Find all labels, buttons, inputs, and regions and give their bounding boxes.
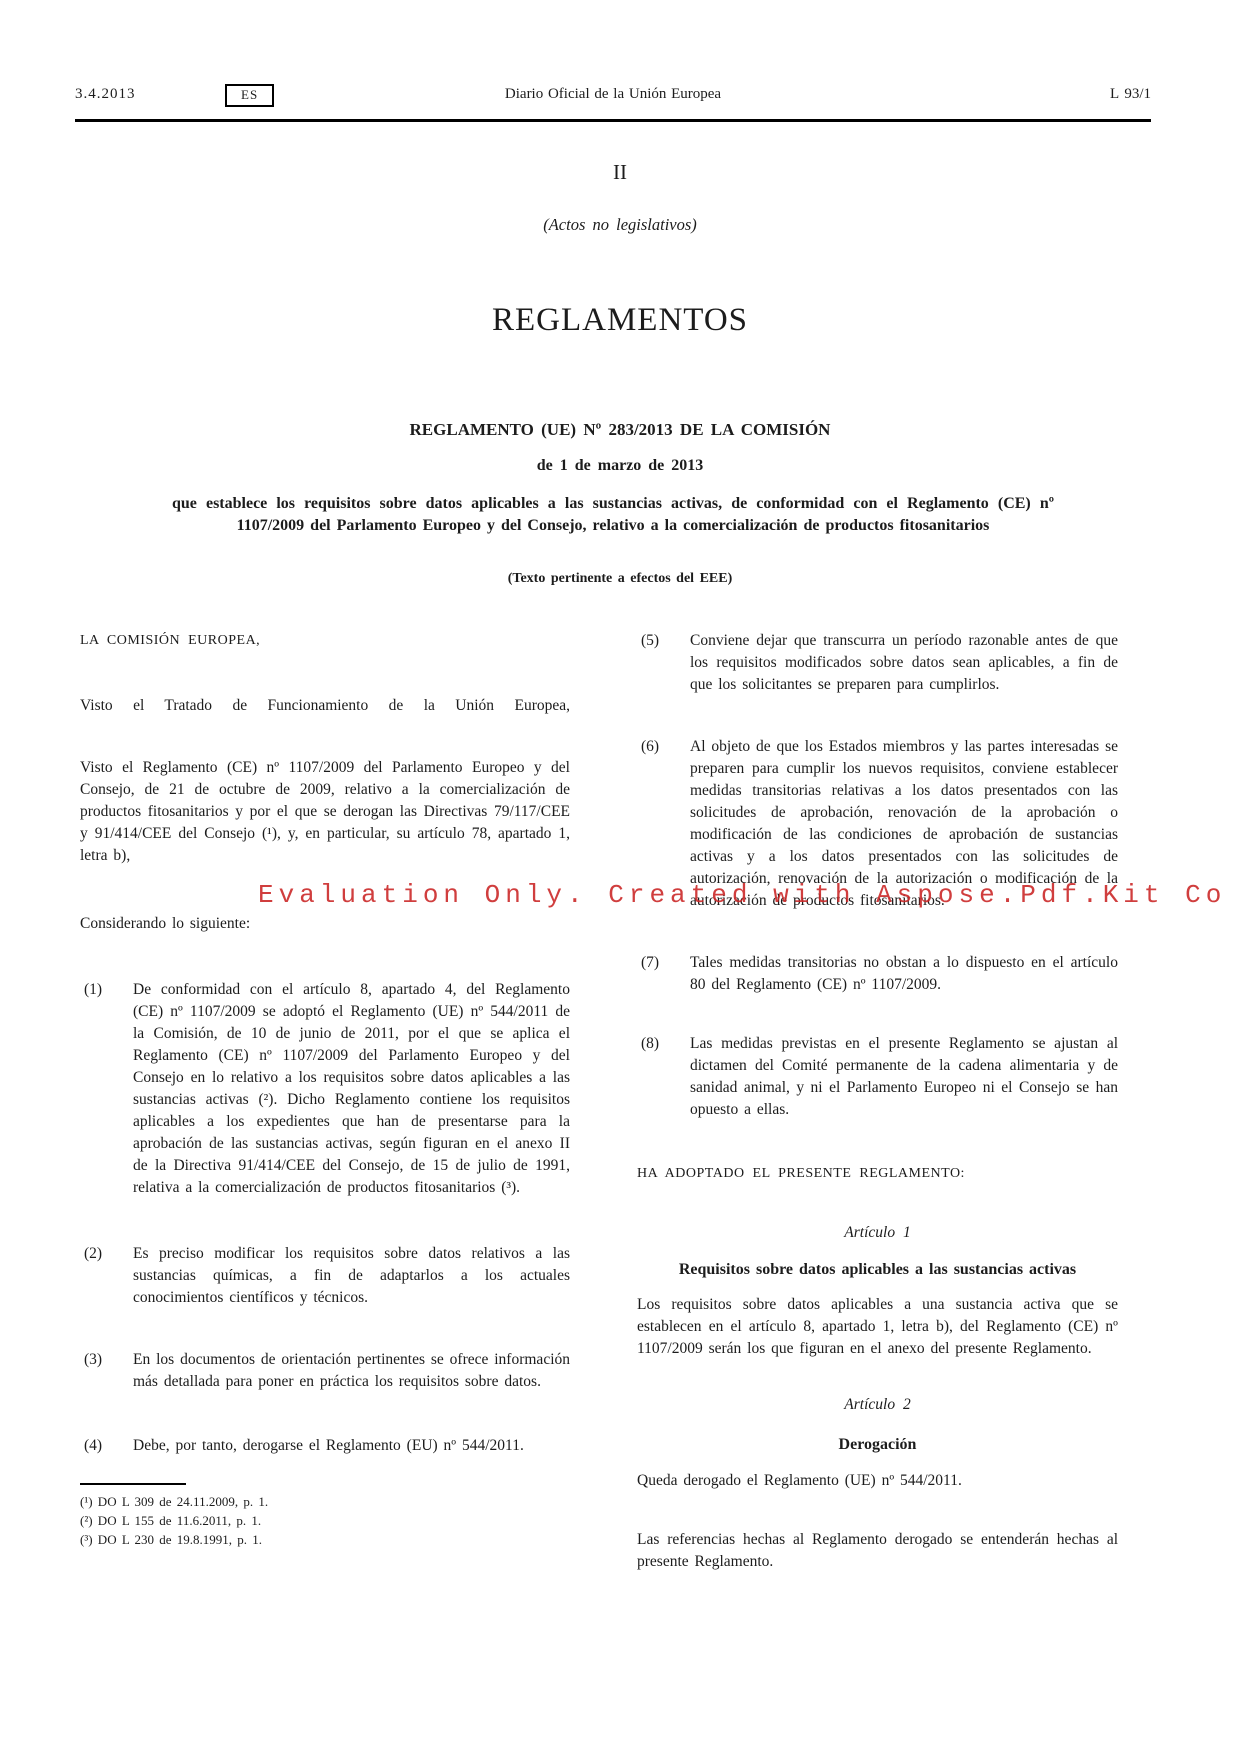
recital-number: (4): [80, 1435, 133, 1457]
recital-text: Las medidas previstas en el presente Reg…: [690, 1033, 1118, 1121]
section-note: (Actos no legislativos): [0, 215, 1240, 235]
page-number: L 93/1: [1110, 86, 1151, 103]
article-1-title: Requisitos sobre datos aplicables a las …: [637, 1259, 1118, 1281]
recital-7: (7) Tales medidas transitorias no obstan…: [637, 952, 1118, 996]
recital-number: (5): [637, 630, 690, 696]
article-1-heading: Artículo 1: [637, 1222, 1118, 1244]
right-column: (5) Conviene dejar que transcurra un per…: [637, 630, 1118, 1573]
recital-text: En los documentos de orientación pertine…: [133, 1349, 570, 1393]
act-date-line: de 1 de marzo de 2013: [0, 457, 1240, 475]
recital-6: (6) Al objeto de que los Estados miembro…: [637, 736, 1118, 912]
section-numeral: II: [0, 160, 1240, 185]
recital-4: (4) Debe, por tanto, derogarse el Reglam…: [80, 1435, 570, 1457]
recital-number: (8): [637, 1033, 690, 1121]
recital-5: (5) Conviene dejar que transcurra un per…: [637, 630, 1118, 696]
opening-line: LA COMISIÓN EUROPEA,: [80, 630, 570, 652]
section-title: REGLAMENTOS: [0, 302, 1240, 339]
considering-line: Considerando lo siguiente:: [80, 913, 570, 935]
journal-title: Diario Oficial de la Unión Europea: [75, 86, 1151, 103]
page-header: 3.4.2013 ES Diario Oficial de la Unión E…: [75, 84, 1151, 112]
citation-regulation: Visto el Reglamento (CE) nº 1107/2009 de…: [80, 757, 570, 867]
document-page: 3.4.2013 ES Diario Oficial de la Unión E…: [0, 0, 1240, 1754]
recital-text: Debe, por tanto, derogarse el Reglamento…: [133, 1435, 570, 1457]
footnote-rule: [80, 1483, 186, 1485]
recital-number: (2): [80, 1243, 133, 1309]
header-rule: [75, 119, 1151, 122]
recital-text: Es preciso modificar los requisitos sobr…: [133, 1243, 570, 1309]
recital-text: Al objeto de que los Estados miembros y …: [690, 736, 1118, 912]
article-2-heading: Artículo 2: [637, 1394, 1118, 1416]
citation-treaty: Visto el Tratado de Funcionamiento de la…: [80, 695, 570, 717]
recital-text: Conviene dejar que transcurra un período…: [690, 630, 1118, 696]
footnote-1: (¹) DO L 309 de 24.11.2009, p. 1.: [80, 1492, 570, 1511]
article-2-paragraph-1: Queda derogado el Reglamento (UE) nº 544…: [637, 1470, 1118, 1492]
recital-1: (1) De conformidad con el artículo 8, ap…: [80, 979, 570, 1199]
article-2-title: Derogación: [637, 1434, 1118, 1456]
recital-3: (3) En los documentos de orientación per…: [80, 1349, 570, 1393]
recital-text: De conformidad con el artículo 8, aparta…: [133, 979, 570, 1199]
act-title: REGLAMENTO (UE) Nº 283/2013 DE LA COMISI…: [0, 420, 1240, 440]
act-subject: que establece los requisitos sobre datos…: [172, 493, 1054, 537]
article-2-paragraph-2: Las referencias hechas al Reglamento der…: [637, 1529, 1118, 1573]
recital-number: (6): [637, 736, 690, 912]
recital-text: Tales medidas transitorias no obstan a l…: [690, 952, 1118, 996]
recital-number: (7): [637, 952, 690, 996]
recital-number: (1): [80, 979, 133, 1199]
article-1-paragraph: Los requisitos sobre datos aplicables a …: [637, 1294, 1118, 1360]
adoption-line: HA ADOPTADO EL PRESENTE REGLAMENTO:: [637, 1163, 1118, 1185]
recital-2: (2) Es preciso modificar los requisitos …: [80, 1243, 570, 1309]
left-column: LA COMISIÓN EUROPEA, Visto el Tratado de…: [80, 630, 570, 1549]
footnote-2: (²) DO L 155 de 11.6.2011, p. 1.: [80, 1511, 570, 1530]
footnote-3: (³) DO L 230 de 19.8.1991, p. 1.: [80, 1530, 570, 1549]
recital-8: (8) Las medidas previstas en el presente…: [637, 1033, 1118, 1121]
act-eee-note: (Texto pertinente a efectos del EEE): [0, 571, 1240, 587]
footnotes: (¹) DO L 309 de 24.11.2009, p. 1. (²) DO…: [80, 1492, 570, 1549]
recital-number: (3): [80, 1349, 133, 1393]
